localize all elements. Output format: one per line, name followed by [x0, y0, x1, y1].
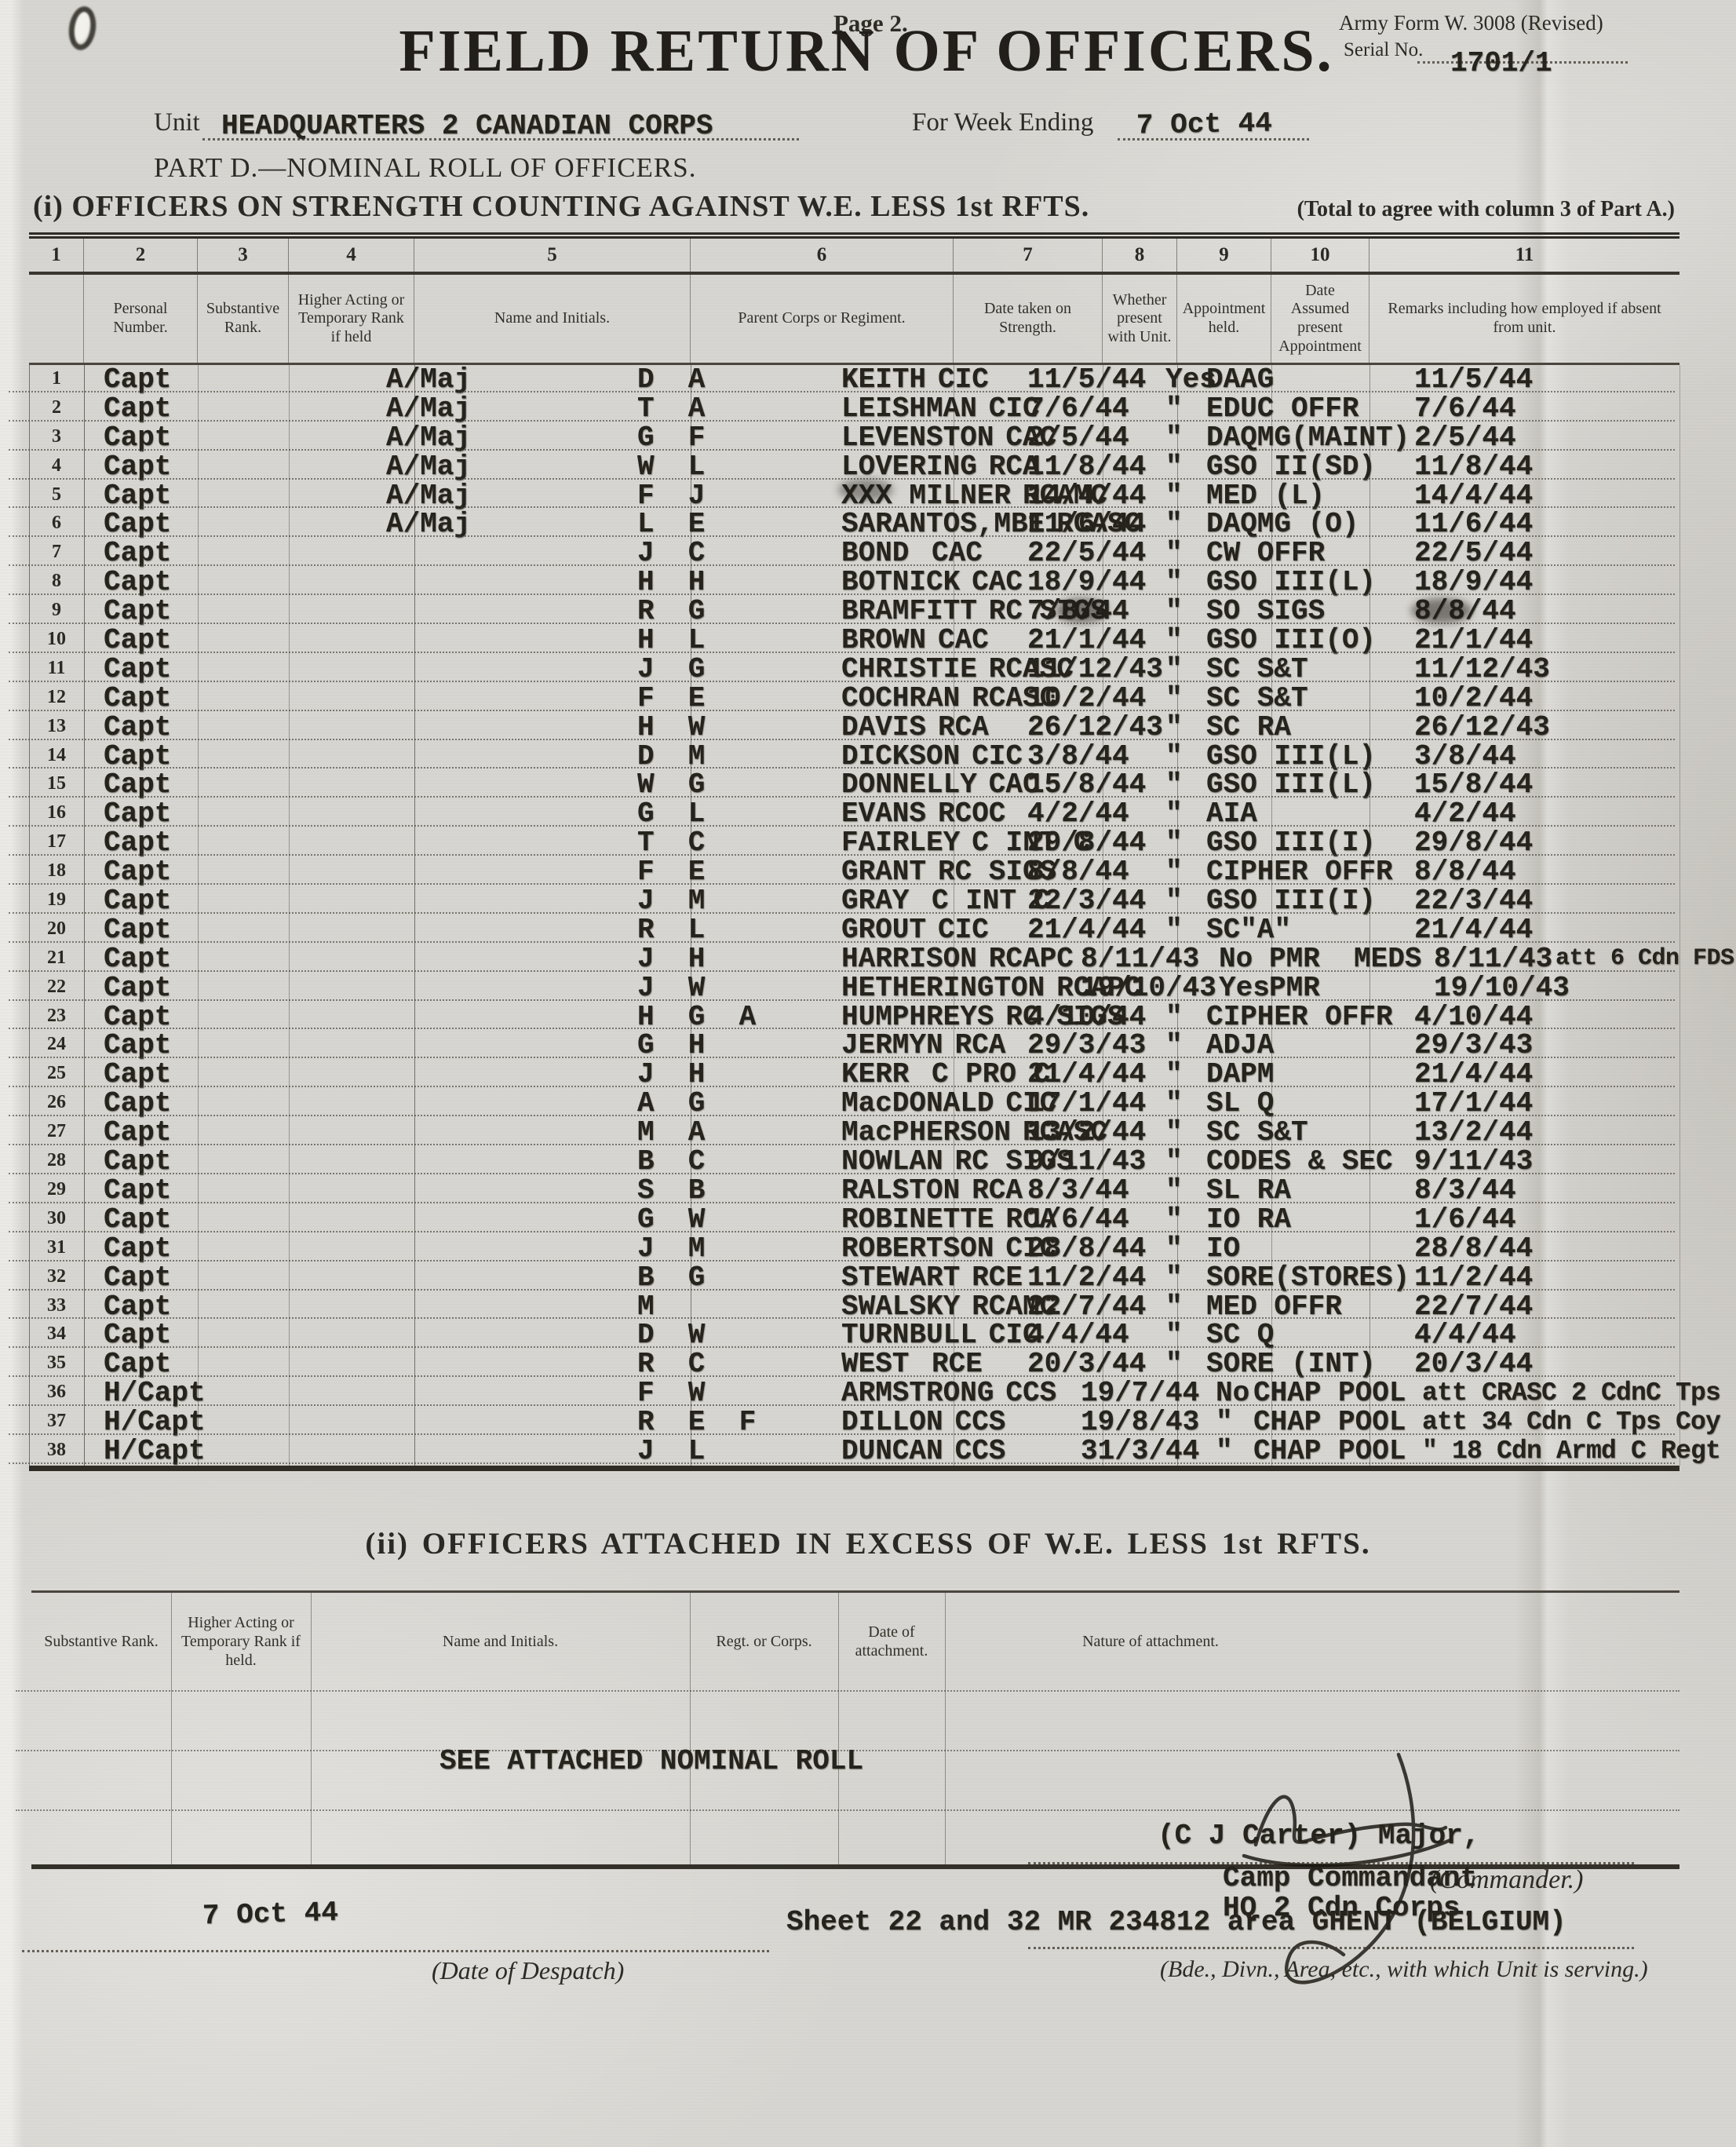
cell-date-assumed: 11/12/43	[1414, 655, 1550, 684]
cell-initials: L E	[637, 509, 705, 539]
cell-date-taken: 4/2/44	[1027, 799, 1129, 828]
cell-present: "	[1165, 915, 1183, 944]
cell-date-taken: 19/7/44	[1081, 1378, 1199, 1408]
column-number-10: 10	[1271, 239, 1369, 272]
column-header-2: Substantive Rank.	[198, 275, 289, 363]
cell-present: "	[1165, 742, 1183, 771]
cell-rank: H/Capt	[104, 1408, 206, 1437]
cell-remarks: att 34 Cdn C Tps Coy	[1422, 1408, 1720, 1437]
cell-date-taken: 11/2/44	[1027, 1263, 1146, 1292]
cell-remarks: att CRASC 2 CdnC Tps	[1422, 1378, 1720, 1408]
cell-date-taken: 14/4/44	[1027, 481, 1146, 510]
section-ii-heading: (ii) OFFICERS ATTACHED IN EXCESS OF W.E.…	[0, 1526, 1736, 1561]
cell-date-taken: 21/4/44	[1027, 915, 1146, 944]
cell-present: "	[1165, 713, 1183, 742]
row-number: 19	[29, 889, 84, 911]
cell-appointment: CHAP POOL	[1253, 1378, 1406, 1408]
cell-initials: G F	[637, 423, 705, 452]
column-number-1: 1	[29, 239, 84, 272]
cell-surname: GRANT	[841, 857, 926, 886]
location-dotted-line	[1028, 1947, 1634, 1949]
cell-appointment: PMR MEDS	[1269, 944, 1421, 973]
cell-surname: FAIRLEY	[841, 828, 960, 857]
cell-surname: WEST	[841, 1349, 909, 1378]
cell-rank: Capt	[104, 1320, 171, 1349]
cell-initials: H H	[637, 568, 705, 597]
cell-appointment: SL RA	[1206, 1176, 1291, 1205]
column-header-4: Name and Initials.	[414, 275, 691, 363]
cell-present: "	[1165, 1292, 1183, 1321]
col-higher-rank: Higher Acting or Temporary Rank if held.	[171, 1593, 311, 1690]
cell-date-assumed: 10/2/44	[1414, 684, 1533, 713]
form-number: Army Form W. 3008 (Revised)	[1339, 11, 1603, 35]
officer-row-33: 33CaptMSWALSKYRCAMC22/7/44"MED OFFR22/7/…	[29, 1292, 1679, 1321]
row-number: 27	[29, 1121, 84, 1142]
cell-rank: Capt	[104, 1002, 171, 1032]
cell-appointment: AIA	[1206, 799, 1257, 828]
row-number: 22	[29, 977, 84, 998]
cell-appointment: MED (L)	[1206, 481, 1325, 510]
cell-present: "	[1165, 1031, 1183, 1060]
row-number: 2	[29, 397, 84, 418]
officer-row-25: 25CaptJ HKERRC PRO C21/4/44"DAPM21/4/44	[29, 1060, 1679, 1089]
officer-row-11: 11CaptJ GCHRISTIERCASC11/12/43"SC S&T11/…	[29, 655, 1679, 684]
cell-initials: W L	[637, 452, 705, 481]
cell-date-taken: 4/10/44	[1027, 1002, 1146, 1032]
cell-rank: Capt	[104, 452, 171, 481]
cell-surname: EVANS	[841, 799, 926, 828]
column-number-row: 1234567891011	[29, 239, 1679, 272]
serving-label: (Bde., Divn., Area, etc., with which Uni…	[1160, 1956, 1648, 1983]
cell-surname: DONNELLY	[841, 770, 977, 799]
cell-present: "	[1165, 1205, 1183, 1234]
cell-present: "	[1165, 886, 1183, 915]
cell-date-assumed: 22/3/44	[1414, 886, 1533, 915]
cell-initials: H W	[637, 713, 705, 742]
cell-present: "	[1165, 1147, 1183, 1176]
cell-date-taken: 8/8/44	[1027, 857, 1129, 886]
cell-corps: RCA	[938, 713, 989, 742]
cell-date-assumed: 22/7/44	[1414, 1292, 1533, 1321]
cell-rank: Capt	[104, 568, 171, 597]
cell-date-taken: 21/4/44	[1027, 1060, 1146, 1089]
officer-row-35: 35CaptR CWESTRCE20/3/44"SORE (INT)20/3/4…	[29, 1349, 1679, 1378]
row-number: 5	[29, 484, 84, 506]
table-body: 1CaptA/MajD AKEITHCIC11/5/44YesDAAG11/5/…	[29, 365, 1679, 1466]
cell-higher-rank: A/Maj	[386, 423, 471, 452]
row-number: 17	[29, 831, 84, 853]
cell-rank: Capt	[104, 655, 171, 684]
cell-appointment: SC S&T	[1206, 684, 1308, 713]
cell-surname: KERR	[841, 1060, 909, 1089]
cell-rank: Capt	[104, 713, 171, 742]
cell-initials: J G	[637, 655, 705, 684]
cell-initials: F E	[637, 684, 705, 713]
cell-surname: DILLON	[841, 1408, 943, 1437]
row-number: 10	[29, 629, 84, 650]
column-header-6: Date taken on Strength.	[954, 275, 1103, 363]
cell-rank: Capt	[104, 539, 171, 568]
cell-rank: Capt	[104, 394, 171, 423]
officer-row-16: 16CaptG LEVANSRCOC4/2/44"AIA4/2/44	[29, 799, 1679, 828]
cell-surname: MacPHERSON	[841, 1118, 1011, 1147]
cell-date-assumed: 8/3/44	[1414, 1176, 1516, 1205]
cell-date-taken: 2/5/44	[1027, 423, 1129, 452]
cell-date-assumed: 4/4/44	[1414, 1320, 1516, 1349]
cell-date-assumed: 11/6/44	[1414, 509, 1533, 539]
cell-date-assumed: 8/8/44	[1414, 857, 1516, 886]
cell-surname: DAVIS	[841, 713, 926, 742]
row-number: 37	[29, 1411, 84, 1432]
cell-date-taken: 28/8/44	[1027, 1234, 1146, 1263]
row-number: 18	[29, 860, 84, 882]
cell-initials: W G	[637, 770, 705, 799]
ink-smudge	[1056, 598, 1107, 623]
row-number: 1	[29, 368, 84, 389]
cell-initials: T C	[637, 828, 705, 857]
cell-initials: J C	[637, 539, 705, 568]
cell-rank: Capt	[104, 1089, 171, 1118]
cell-present: "	[1165, 770, 1183, 799]
row-number: 8	[29, 571, 84, 592]
cell-higher-rank: A/Maj	[386, 509, 471, 539]
cell-date-taken: 26/12/43	[1027, 713, 1163, 742]
cell-corps: CAC	[932, 539, 983, 568]
cell-rank: Capt	[104, 828, 171, 857]
cell-higher-rank: A/Maj	[386, 394, 471, 423]
cell-present: "	[1165, 1349, 1183, 1378]
cell-present: "	[1165, 423, 1183, 452]
serial-value: 1701/1	[1450, 49, 1552, 78]
cell-date-assumed: 9/11/43	[1414, 1147, 1533, 1176]
cell-date-taken: 11/5/44	[1027, 365, 1146, 394]
row-number: 12	[29, 687, 84, 708]
column-header-7: Whether present with Unit.	[1103, 275, 1177, 363]
cell-appointment: DAQMG(MAINT)	[1206, 423, 1410, 452]
cell-appointment: GSO III(L)	[1206, 770, 1376, 799]
officer-row-7: 7CaptJ CBONDCAC22/5/44"CW OFFR22/5/44	[29, 539, 1679, 568]
officer-row-32: 32CaptB GSTEWARTRCE11/2/44"SORE(STORES)1…	[29, 1263, 1679, 1292]
office-typed: Camp Commandant	[1223, 1864, 1477, 1893]
cell-date-assumed: 7/6/44	[1414, 394, 1516, 423]
cell-appointment: GSO III(I)	[1206, 886, 1376, 915]
cell-appointment: DAPM	[1206, 1060, 1274, 1089]
column-header-0	[29, 275, 84, 363]
cell-present: "	[1165, 684, 1183, 713]
cell-initials: J L	[637, 1437, 705, 1466]
cell-rank: Capt	[104, 742, 171, 771]
scanned-form-page: Page 2. Army Form W. 3008 (Revised) FIEL…	[0, 0, 1736, 2147]
officer-row-23: 23CaptH G AHUMPHREYSRC SIGS4/10/44"CIPHE…	[29, 1002, 1679, 1032]
cell-rank: H/Capt	[104, 1378, 206, 1408]
column-header-5: Parent Corps or Regiment.	[691, 275, 954, 363]
cell-surname: LOVERING	[841, 452, 977, 481]
officer-row-30: 30CaptG WROBINETTERCA1/6/44"IO RA1/6/44	[29, 1205, 1679, 1234]
cell-corps: RCAPC	[989, 944, 1074, 973]
despatch-label: (Date of Despatch)	[432, 1956, 624, 1985]
row-number: 38	[29, 1440, 84, 1461]
cell-surname: HARRISON	[841, 944, 977, 973]
cell-present: "	[1165, 597, 1183, 626]
cell-surname: SWALSKY	[841, 1292, 960, 1321]
cell-corps: CIC	[972, 742, 1023, 771]
row-number: 31	[29, 1237, 84, 1258]
cell-surname: COCHRAN	[841, 684, 960, 713]
cell-surname: BRAMFITT	[841, 597, 977, 626]
cell-initials: J M	[637, 1234, 705, 1263]
cell-date-taken: 9/11/43	[1027, 1147, 1146, 1176]
cell-appointment: CIPHER OFFR	[1206, 857, 1393, 886]
cell-date-taken: 22/7/44	[1027, 1292, 1146, 1321]
officer-row-27: 27CaptM AMacPHERSONRCASC13/2/44"SC S&T13…	[29, 1118, 1679, 1147]
cell-rank: Capt	[104, 944, 171, 973]
cell-date-taken: 11/6/44	[1027, 509, 1146, 539]
see-attached-note: SEE ATTACHED NOMINAL ROLL	[439, 1747, 863, 1776]
cell-date-assumed: 21/1/44	[1414, 626, 1533, 655]
cell-appointment: IO	[1206, 1234, 1240, 1263]
cell-surname: LEVENSTON	[841, 423, 994, 452]
section-i-heading-row: (i) OFFICERS ON STRENGTH COUNTING AGAINS…	[33, 189, 1675, 224]
cell-date-taken: 21/1/44	[1027, 626, 1146, 655]
column-header-10: Remarks including how employed if absent…	[1369, 275, 1679, 363]
cell-rank: Capt	[104, 1263, 171, 1292]
cell-initials: B C	[637, 1147, 705, 1176]
row-number: 30	[29, 1208, 84, 1229]
cell-appointment: SO SIGS	[1206, 597, 1325, 626]
cell-rank: Capt	[104, 1060, 171, 1089]
column-number-6: 6	[691, 239, 954, 272]
cell-surname: HUMPHREYS	[841, 1002, 994, 1032]
cell-remarks: att 6 Cdn FDS	[1555, 944, 1734, 973]
officer-row-12: 12CaptF ECOCHRANRCASC10/2/44"SC S&T10/2/…	[29, 684, 1679, 713]
officer-row-34: 34CaptD WTURNBULLCIC4/4/44"SC Q4/4/44	[29, 1320, 1679, 1349]
cell-corps: RCOC	[938, 799, 1005, 828]
cell-surname: NOWLAN	[841, 1147, 943, 1176]
cell-surname: ROBERTSON	[841, 1234, 994, 1263]
cell-initials: B G	[637, 1263, 705, 1292]
cell-rank: Capt	[104, 1349, 171, 1378]
cell-appointment: GSO II(SD)	[1206, 452, 1376, 481]
column-header-3: Higher Acting or Temporary Rank if held	[289, 275, 414, 363]
cell-corps: RCA	[955, 1031, 1006, 1060]
col-name-initials: Name and Initials.	[311, 1593, 690, 1690]
officer-row-8: 8CaptH HBOTNICKCAC18/9/44"GSO III(L)18/9…	[29, 568, 1679, 597]
cell-appointment: EDUC OFFR	[1206, 394, 1359, 423]
officer-row-26: 26CaptA GMacDONALDCIC17/1/44"SL Q17/1/44	[29, 1089, 1679, 1118]
cell-present: "	[1165, 1176, 1183, 1205]
officer-row-28: 28CaptB CNOWLANRC SIGS9/11/43"CODES & SE…	[29, 1147, 1679, 1176]
cell-present: "	[1165, 828, 1183, 857]
cell-rank: Capt	[104, 1292, 171, 1321]
week-ending-label: For Week Ending	[912, 108, 1093, 137]
row-number: 7	[29, 542, 84, 563]
cell-appointment: SC"A"	[1206, 915, 1291, 944]
cell-appointment: SC S&T	[1206, 655, 1308, 684]
ink-smudge	[838, 479, 893, 501]
cell-initials: G L	[637, 799, 705, 828]
cell-date-taken: 7/6/44	[1027, 394, 1129, 423]
cell-surname: JERMYN	[841, 1031, 943, 1060]
row-number: 21	[29, 948, 84, 969]
cell-initials: F W	[637, 1378, 705, 1408]
cell-present: "	[1165, 452, 1183, 481]
cell-appointment: SC RA	[1206, 713, 1291, 742]
officer-row-22: 22CaptJ WHETHERINGTONRCAPC19/10/43YesPMR…	[29, 973, 1679, 1002]
row-number: 24	[29, 1034, 84, 1055]
cell-corps: CCS	[1005, 1378, 1056, 1408]
cell-date-assumed: 14/4/44	[1414, 481, 1533, 510]
cell-surname: TURNBULL	[841, 1320, 977, 1349]
cell-higher-rank: A/Maj	[386, 452, 471, 481]
cell-initials: H G A	[637, 1002, 756, 1032]
cell-surname: ROBINETTE	[841, 1205, 994, 1234]
section-i-heading: (i) OFFICERS ON STRENGTH COUNTING AGAINS…	[33, 189, 1089, 224]
officer-row-3: 3CaptA/MajG FLEVENSTONCAC2/5/44"DAQMG(MA…	[29, 423, 1679, 452]
cell-date-assumed: 11/2/44	[1414, 1263, 1533, 1292]
cell-present: "	[1165, 799, 1183, 828]
column-header-8: Appointment held.	[1177, 275, 1271, 363]
cell-date-taken: 29/3/43	[1027, 1031, 1146, 1060]
cell-surname: DICKSON	[841, 742, 960, 771]
cell-date-assumed: 19/10/43	[1434, 973, 1570, 1002]
cell-initials: H L	[637, 626, 705, 655]
cell-rank: Capt	[104, 886, 171, 915]
cell-appointment: PMR	[1269, 973, 1320, 1002]
cell-surname: KEITH	[841, 365, 926, 394]
cell-rank: Capt	[104, 626, 171, 655]
officers-on-strength-table: 1234567891011 Personal Number.Substantiv…	[29, 232, 1679, 1471]
cell-present: "	[1165, 1234, 1183, 1263]
cell-rank: Capt	[104, 857, 171, 886]
cell-appointment: SL Q	[1206, 1089, 1274, 1118]
cell-initials: R E F	[637, 1408, 756, 1437]
row-number: 34	[29, 1324, 84, 1345]
cell-date-assumed: 28/8/44	[1414, 1234, 1533, 1263]
officer-row-14: 14CaptD MDICKSONCIC3/8/44"GSO III(L)3/8/…	[29, 742, 1679, 771]
cell-remarks: " 18 Cdn Armd C Regt	[1422, 1437, 1720, 1466]
cell-date-taken: 22/5/44	[1027, 539, 1146, 568]
row-number: 23	[29, 1006, 84, 1027]
attached-table-header-row: Substantive Rank. Higher Acting or Tempo…	[31, 1593, 1679, 1690]
cell-initials: F J	[637, 481, 705, 510]
col-nature-attachment: Nature of attachment.	[945, 1593, 1679, 1690]
cell-initials: J W	[637, 973, 705, 1002]
cell-initials: R G	[637, 597, 705, 626]
cell-date-assumed: 13/2/44	[1414, 1118, 1533, 1147]
cell-present: "	[1165, 626, 1183, 655]
part-d-heading: PART D.—NOMINAL ROLL OF OFFICERS.	[154, 152, 696, 184]
cell-appointment: IO RA	[1206, 1205, 1291, 1234]
cell-appointment: GSO III(L)	[1206, 568, 1376, 597]
cell-surname: RALSTON	[841, 1176, 960, 1205]
row-number: 16	[29, 802, 84, 823]
cell-initials: R C	[637, 1349, 705, 1378]
cell-surname: GROUT	[841, 915, 926, 944]
column-number-7: 7	[954, 239, 1103, 272]
cell-date-assumed: 2/5/44	[1414, 423, 1516, 452]
row-number: 6	[29, 513, 84, 534]
cell-initials: M A	[637, 1118, 705, 1147]
cell-initials: G W	[637, 1205, 705, 1234]
cell-rank: Capt	[104, 1118, 171, 1147]
cell-initials: M	[637, 1292, 655, 1321]
cell-appointment: SC Q	[1206, 1320, 1274, 1349]
cell-date-assumed: 21/4/44	[1414, 915, 1533, 944]
column-header-9: Date Assumed present Appointment	[1271, 275, 1369, 363]
cell-date-taken: 11/12/43	[1027, 655, 1163, 684]
cell-corps: CIC	[938, 915, 989, 944]
cell-rank: Capt	[104, 973, 171, 1002]
section-i-note: (Total to agree with column 3 of Part A.…	[1297, 197, 1675, 222]
row-number: 20	[29, 918, 84, 940]
row-number: 4	[29, 455, 84, 477]
column-number-8: 8	[1103, 239, 1177, 272]
cell-rank: Capt	[104, 481, 171, 510]
cell-initials: F E	[637, 857, 705, 886]
cell-present: Yes	[1219, 973, 1270, 1002]
officer-row-4: 4CaptA/MajW LLOVERINGRCA11/8/44"GSO II(S…	[29, 452, 1679, 481]
cell-surname: STEWART	[841, 1263, 960, 1292]
officer-row-1: 1CaptA/MajD AKEITHCIC11/5/44YesDAAG11/5/…	[29, 365, 1679, 394]
row-number: 29	[29, 1179, 84, 1200]
cell-appointment: CHAP POOL	[1253, 1437, 1406, 1466]
cell-surname: LEISHMAN	[841, 394, 977, 423]
cell-present: "	[1165, 568, 1183, 597]
officer-row-20: 20CaptR LGROUTCIC21/4/44"SC"A"21/4/44	[29, 915, 1679, 944]
cell-rank: Capt	[104, 365, 171, 394]
officer-row-15: 15CaptW GDONNELLYCAC15/8/44"GSO III(L)15…	[29, 770, 1679, 799]
col-substantive-rank: Substantive Rank.	[31, 1593, 171, 1690]
row-number: 35	[29, 1353, 84, 1374]
cell-date-assumed: 22/5/44	[1414, 539, 1533, 568]
row-number: 33	[29, 1295, 84, 1316]
cell-date-taken: 11/8/44	[1027, 452, 1146, 481]
cell-date-taken: 29/8/44	[1027, 828, 1146, 857]
officer-row-31: 31CaptJ MROBERTSONCIC28/8/44"IO28/8/44	[29, 1234, 1679, 1263]
cell-surname: MacDONALD	[841, 1089, 994, 1118]
cell-date-assumed: 1/6/44	[1414, 1205, 1516, 1234]
cell-date-assumed: 29/8/44	[1414, 828, 1533, 857]
cell-rank: Capt	[104, 1234, 171, 1263]
row-number: 11	[29, 658, 84, 679]
cell-rank: Capt	[104, 684, 171, 713]
cell-date-assumed: 29/3/43	[1414, 1031, 1533, 1060]
punch-hole-mark	[66, 5, 98, 52]
cell-rank: Capt	[104, 509, 171, 539]
cell-appointment: MED OFFR	[1206, 1292, 1342, 1321]
cell-date-assumed: 20/3/44	[1414, 1349, 1533, 1378]
signatory-name: (C J Carter) Major,	[1158, 1821, 1479, 1850]
cell-appointment: DAAG	[1206, 365, 1274, 394]
cell-date-assumed: 26/12/43	[1414, 713, 1550, 742]
officer-row-36: 36H/CaptF WARMSTRONGCCS19/7/44NoCHAP POO…	[29, 1378, 1679, 1408]
cell-higher-rank: A/Maj	[386, 365, 471, 394]
cell-corps: CCS	[955, 1408, 1006, 1437]
cell-initials: J H	[637, 944, 705, 973]
officer-row-24: 24CaptG HJERMYNRCA29/3/43"ADJA29/3/43	[29, 1031, 1679, 1060]
cell-present: "	[1165, 1118, 1183, 1147]
cell-present: "	[1165, 1060, 1183, 1089]
cell-rank: Capt	[104, 423, 171, 452]
cell-appointment: ADJA	[1206, 1031, 1274, 1060]
cell-present: "	[1165, 655, 1183, 684]
cell-present: "	[1165, 481, 1183, 510]
row-number: 25	[29, 1063, 84, 1084]
cell-corps: CAC	[972, 568, 1023, 597]
cell-corps: RCE	[932, 1349, 983, 1378]
cell-surname: ARMSTRONG	[841, 1378, 994, 1408]
cell-date-assumed: 4/10/44	[1414, 1002, 1533, 1032]
